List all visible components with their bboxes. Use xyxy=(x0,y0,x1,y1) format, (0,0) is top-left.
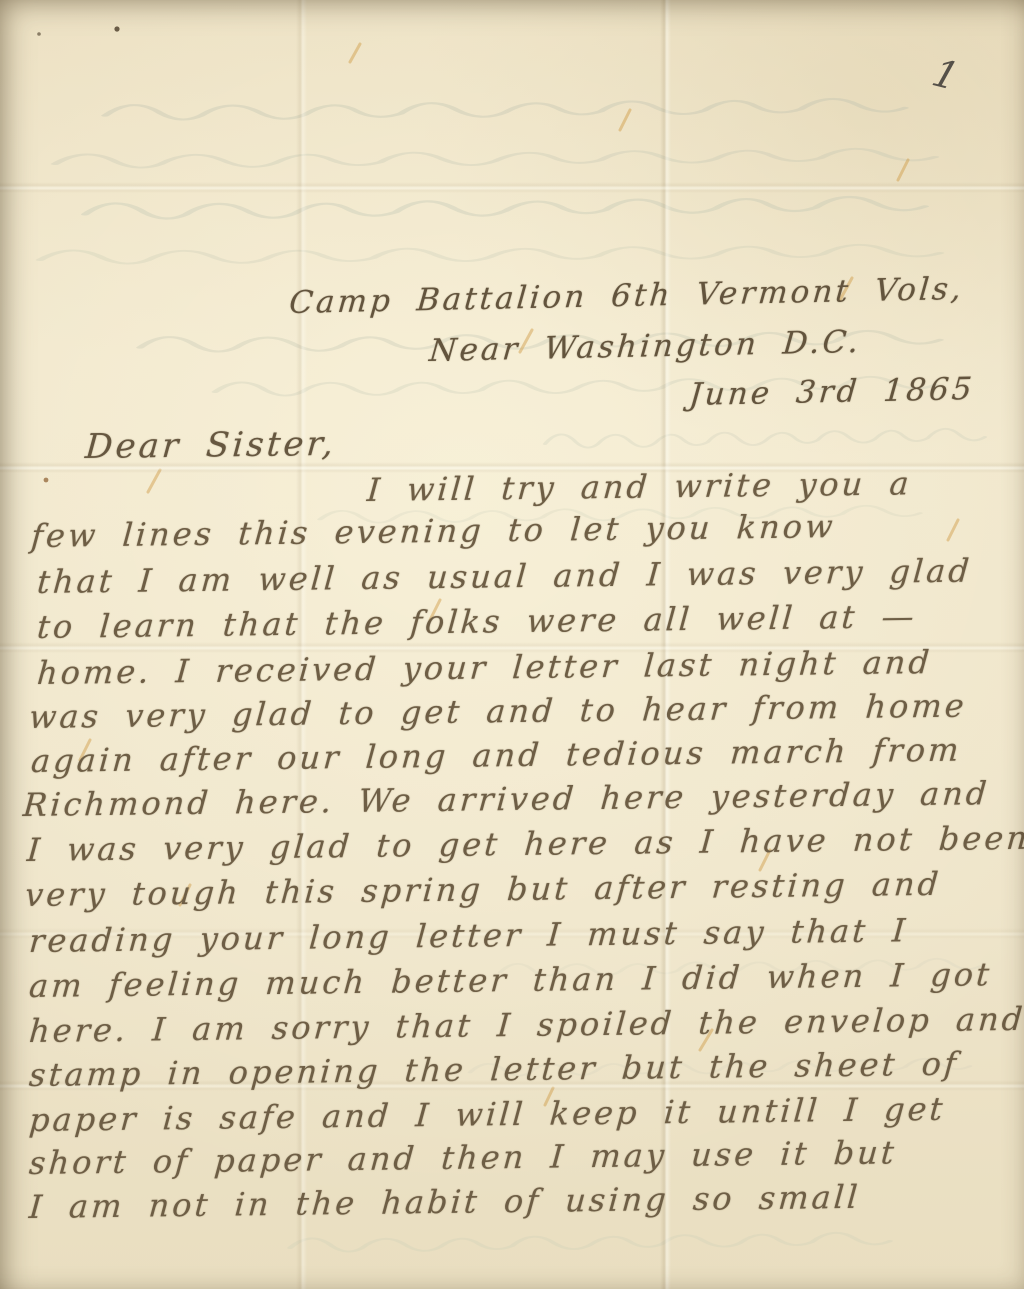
letter-line: paper is safe and I will keep it untill … xyxy=(28,1093,947,1136)
letter-line: was very glad to get and to hear from ho… xyxy=(28,690,968,733)
letter-line: I will try and write you a xyxy=(366,467,913,506)
letter-line: reading your long letter I must say that… xyxy=(28,914,909,957)
letter-line: few lines this evening to let you know xyxy=(30,510,837,552)
vertical-fold-crease-left xyxy=(296,0,307,1289)
letter-line: again after our long and tedious march f… xyxy=(30,734,963,777)
letter-line: stamp in opening the letter but the shee… xyxy=(28,1048,960,1091)
letter-line: Richmond here. We arrived here yesterday… xyxy=(22,777,991,821)
letter-line: I was very glad to get here as I have no… xyxy=(26,822,1024,866)
letter-line: I am not in the habit of using so small xyxy=(28,1181,862,1223)
letter-line: here. I am sorry that I spoiled the enve… xyxy=(28,1003,1024,1047)
heading-line-place: Near Washington D.C. xyxy=(428,327,862,367)
letter-page: 1 Camp Battalion 6th Vermont Vols, Near … xyxy=(0,0,1024,1289)
letter-line: to learn that the folks were all well at… xyxy=(36,600,918,643)
letter-line: very tough this spring but after resting… xyxy=(24,868,942,911)
letter-line: short of paper and then I may use it but xyxy=(28,1136,898,1179)
letter-line: that I am well as usual and I was very g… xyxy=(36,555,973,598)
salutation: Dear Sister, xyxy=(84,427,337,464)
page-number: 1 xyxy=(928,54,963,96)
letter-line: am feeling much better than I did when I… xyxy=(28,958,993,1002)
horizontal-fold-crease xyxy=(0,182,1024,193)
heading-line-date: June 3rd 1865 xyxy=(688,374,976,411)
heading-line-camp: Camp Battalion 6th Vermont Vols, xyxy=(288,274,965,319)
letter-line: home. I received your letter last night … xyxy=(36,646,933,689)
